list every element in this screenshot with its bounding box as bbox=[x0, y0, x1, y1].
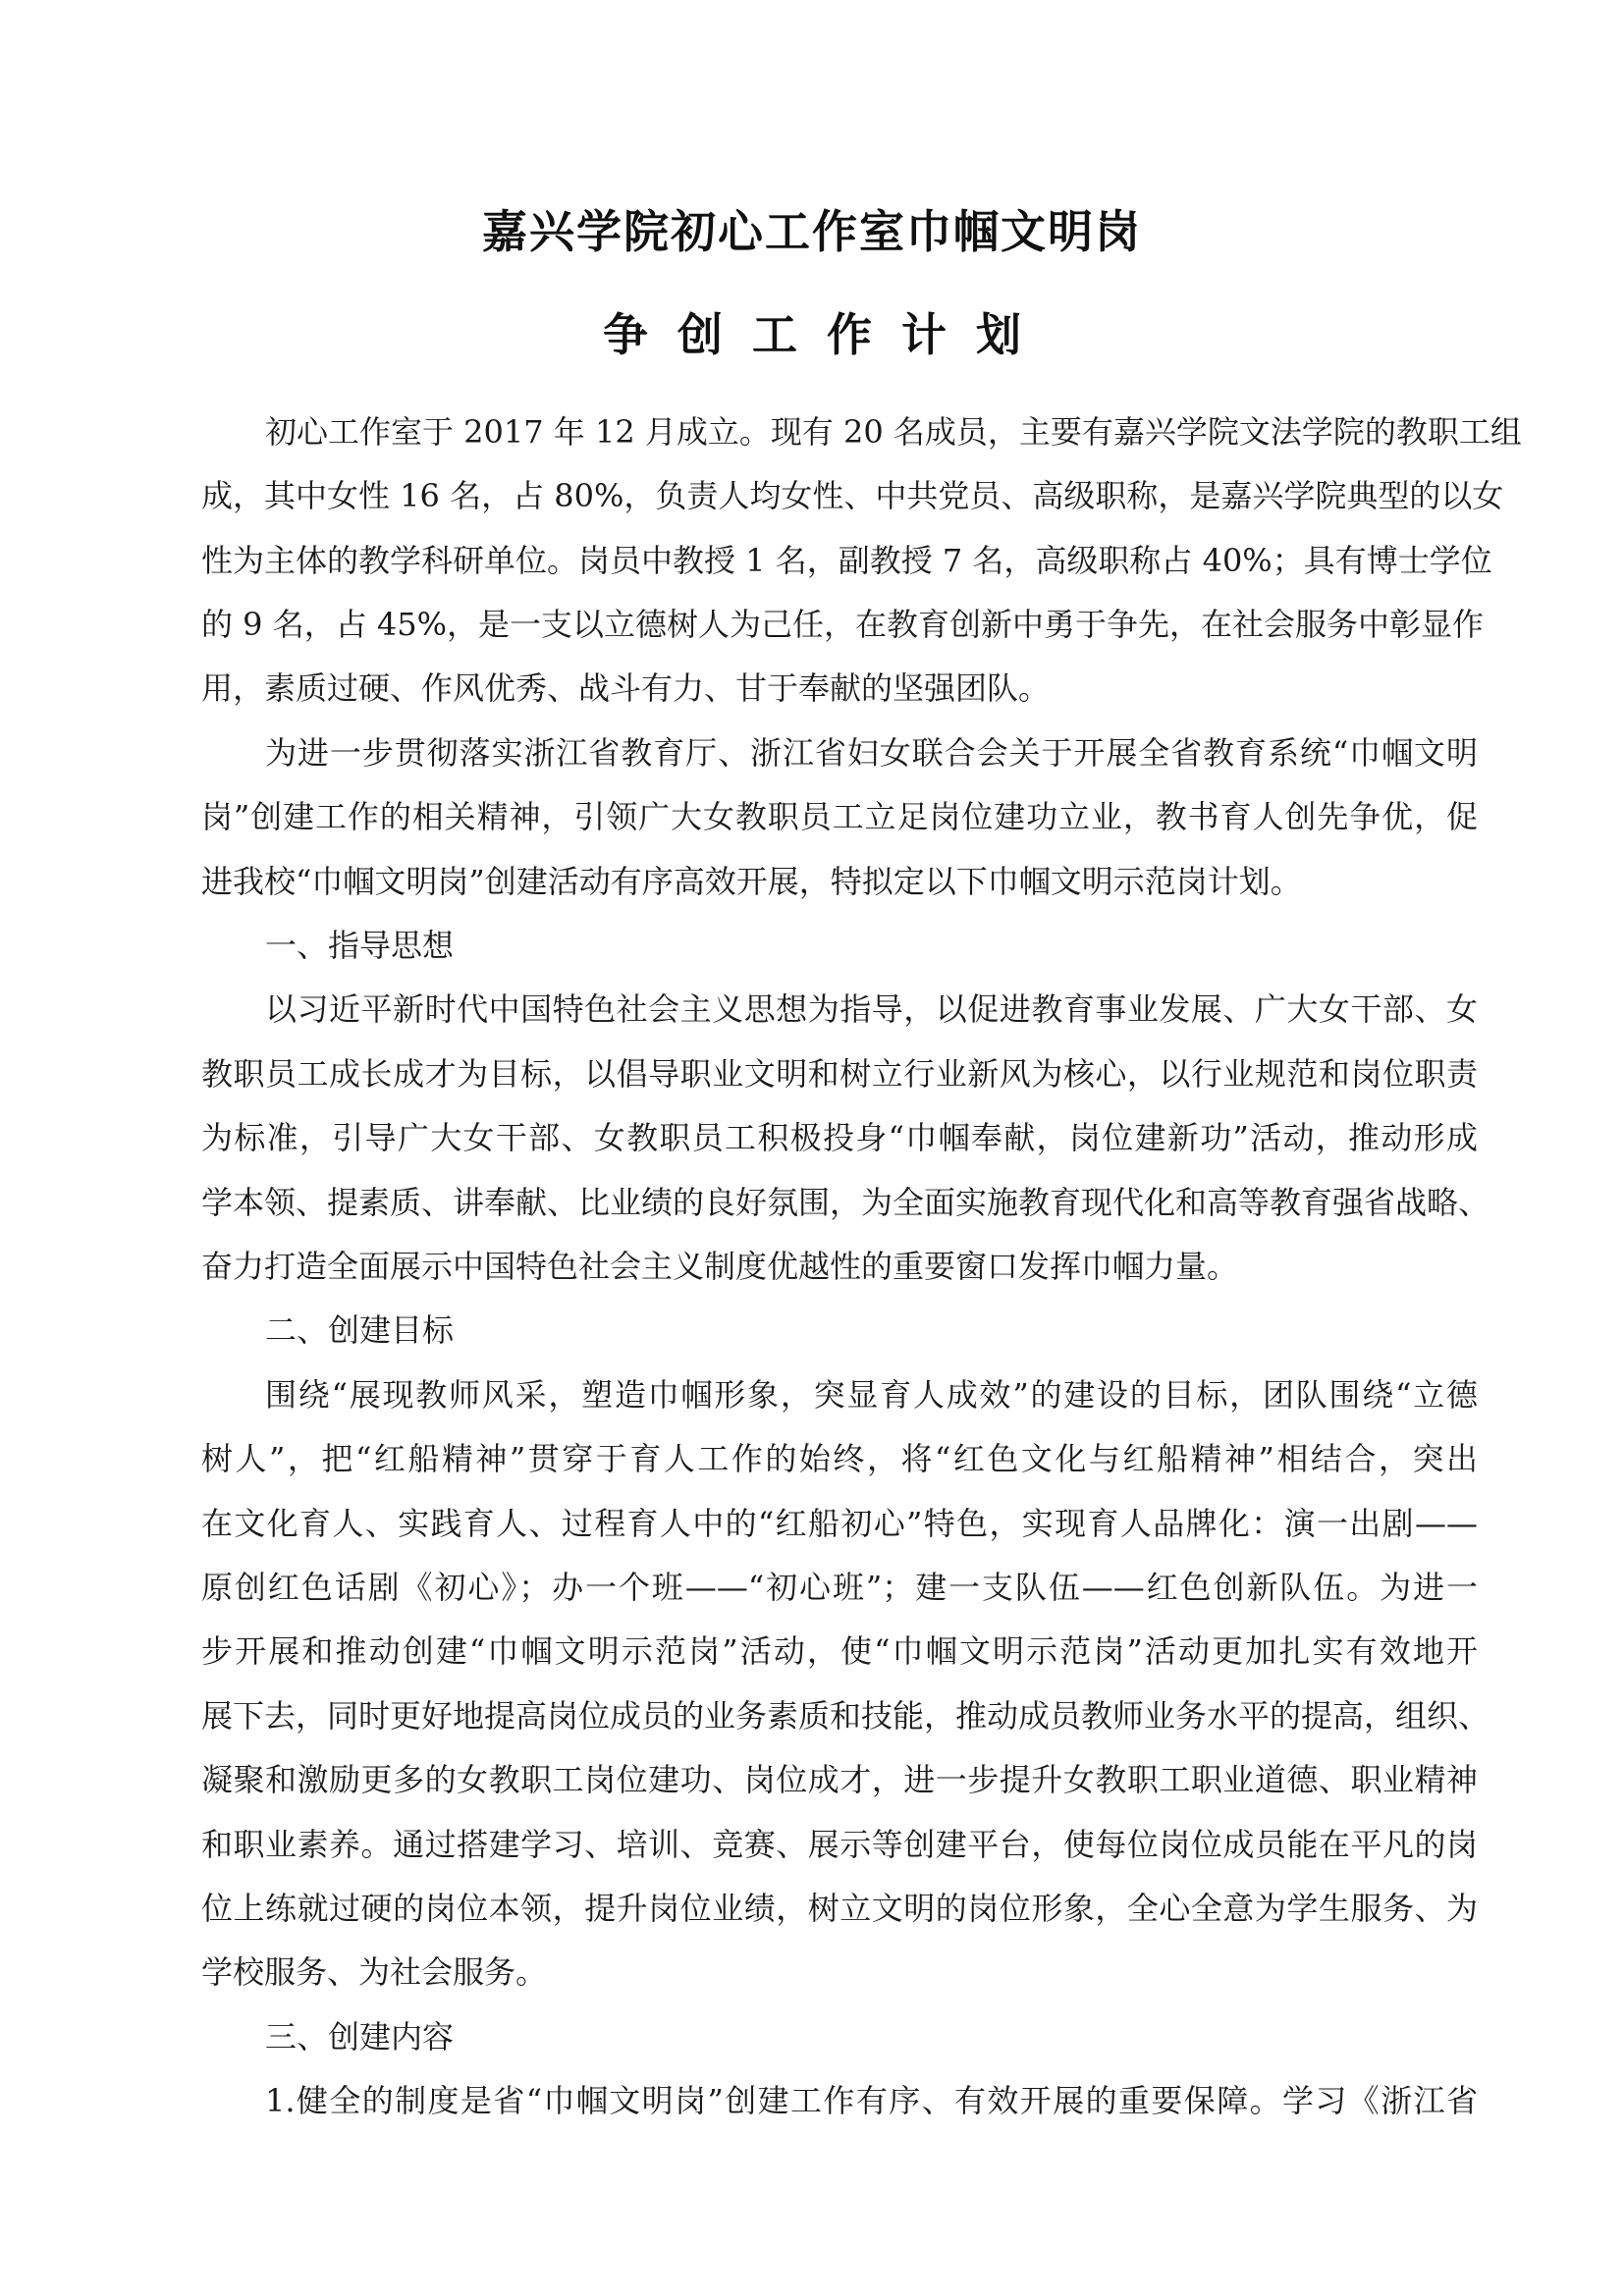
paragraph-line: 的 9 名，占 45%，是一支以立德树人为己任，在教育创新中勇于争先，在社会服务… bbox=[201, 603, 1478, 646]
paragraph-line: 用，素质过硬、作风优秀、战斗有力、甘于奉献的坚强团队。 bbox=[201, 667, 1478, 710]
paragraph-line: 成，其中女性 16 名，占 80%，负责人均女性、中共党员、高级职称，是嘉兴学院… bbox=[201, 474, 1478, 517]
section-heading-guiding-thought: 一、指导思想 bbox=[265, 924, 454, 967]
paragraph-line: 位上练就过硬的岗位本领，提升岗位业绩，树立文明的岗位形象，全心全意为学生服务、为 bbox=[201, 1887, 1478, 1930]
paragraph-line: 和职业素养。通过搭建学习、培训、竞赛、展示等创建平台，使每位岗位成员能在平凡的岗 bbox=[201, 1823, 1478, 1866]
paragraph-line: 教职员工成长成才为目标，以倡导职业文明和树立行业新风为核心，以行业规范和岗位职责 bbox=[201, 1052, 1478, 1095]
document-title: 嘉兴学院初心工作室巾帼文明岗 bbox=[0, 196, 1624, 261]
paragraph-line: 1.健全的制度是省“巾帼文明岗”创建工作有序、有效开展的重要保障。学习《浙江省 bbox=[265, 2079, 1478, 2122]
paragraph-line: 步开展和推动创建“巾帼文明示范岗”活动，使“巾帼文明示范岗”活动更加扎实有效地开 bbox=[201, 1629, 1478, 1673]
paragraph-line: 在文化育人、实践育人、过程育人中的“红船初心”特色，实现育人品牌化：演一出剧—— bbox=[201, 1502, 1478, 1545]
paragraph-line: 原创红色话剧《初心》；办一个班——“初心班”；建一支队伍——红色创新队伍。为进一 bbox=[201, 1566, 1478, 1609]
paragraph-line: 展下去，同时更好地提高岗位成员的业务素质和技能，推动成员教师业务水平的提高，组织… bbox=[201, 1694, 1478, 1737]
paragraph-line: 围绕“展现教师风采，塑造巾帼形象，突显育人成效”的建设的目标，团队围绕“立德 bbox=[265, 1373, 1478, 1416]
paragraph-line: 奋力打造全面展示中国特色社会主义制度优越性的重要窗口发挥巾帼力量。 bbox=[201, 1245, 1478, 1288]
paragraph-line: 为标准，引导广大女干部、女教职员工积极投身“巾帼奉献，岗位建新功”活动，推动形成 bbox=[201, 1116, 1478, 1159]
section-heading-content: 三、创建内容 bbox=[265, 2015, 454, 2058]
paragraph-line: 凝聚和激励更多的女教职工岗位建功、岗位成才，进一步提升女教职工职业道德、职业精神 bbox=[201, 1758, 1478, 1801]
paragraph-line: 进我校“巾帼文明岗”创建活动有序高效开展，特拟定以下巾帼文明示范岗计划。 bbox=[201, 860, 1478, 903]
document-subtitle: 争创工作计划 bbox=[0, 299, 1624, 364]
paragraph-line: 学本领、提素质、讲奉献、比业绩的良好氛围，为全面实施教育现代化和高等教育强省战略… bbox=[201, 1181, 1478, 1224]
paragraph-line: 性为主体的教学科研单位。岗员中教授 1 名，副教授 7 名，高级职称占 40%；… bbox=[201, 539, 1478, 582]
paragraph-line: 为进一步贯彻落实浙江省教育厅、浙江省妇女联合会关于开展全省教育系统“巾帼文明 bbox=[265, 731, 1478, 774]
paragraph-line: 学校服务、为社会服务。 bbox=[201, 1950, 1478, 1994]
paragraph-line: 岗”创建工作的相关精神，引领广大女教职员工立足岗位建功立业，教书育人创先争优，促 bbox=[201, 795, 1478, 838]
document-page: 嘉兴学院初心工作室巾帼文明岗 争创工作计划 初心工作室于 2017 年 12 月… bbox=[0, 0, 1624, 2296]
paragraph-line: 树人”，把“红船精神”贯穿于育人工作的始终，将“红色文化与红船精神”相结合，突出 bbox=[201, 1437, 1478, 1480]
paragraph-line: 以习近平新时代中国特色社会主义思想为指导，以促进教育事业发展、广大女干部、女 bbox=[265, 988, 1478, 1031]
section-heading-goals: 二、创建目标 bbox=[265, 1308, 454, 1352]
paragraph-line: 初心工作室于 2017 年 12 月成立。现有 20 名成员，主要有嘉兴学院文法… bbox=[265, 410, 1478, 454]
